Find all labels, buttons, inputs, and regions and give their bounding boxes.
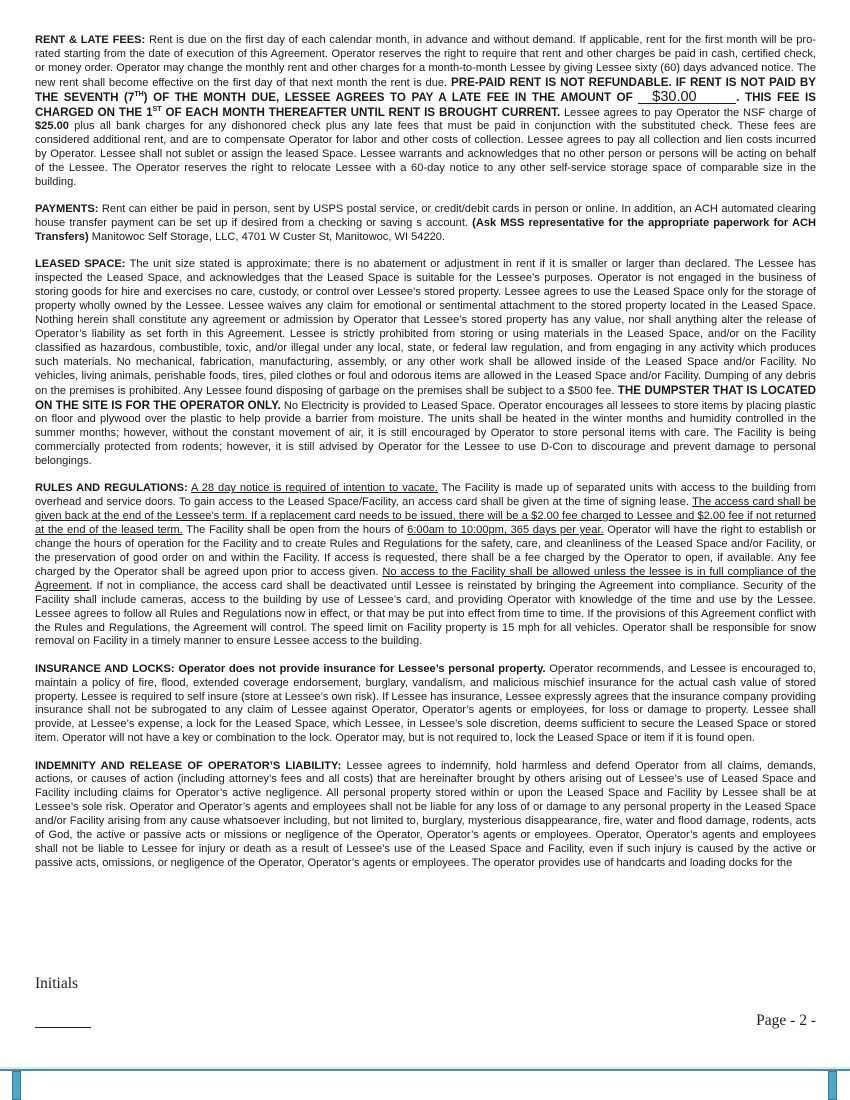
section-heading: INDEMNITY AND RELEASE OF OPERATOR’S LIAB… — [35, 760, 341, 772]
section-payments: PAYMENTS: Rent can either be paid in per… — [35, 203, 816, 245]
body-text: The Facility shall be open from the hour… — [183, 524, 407, 536]
body-text: The unit size stated is approximate; the… — [35, 258, 816, 396]
body-text: . If not in compliance, the access card … — [35, 580, 816, 648]
section-leased-space: LEASED SPACE: The unit size stated is ap… — [35, 258, 816, 469]
notice-text: OF EACH MONTH THEREAFTER UNTIL RENT IS B… — [161, 106, 560, 119]
section-heading: LEASED SPACE: — [35, 258, 125, 270]
body-text: Lessee agrees to indemnify, hold harmles… — [35, 760, 816, 869]
nsf-amount: $25.00 — [35, 120, 69, 132]
footer-left-tab — [12, 1071, 21, 1100]
initials-signature-line[interactable] — [35, 1027, 91, 1028]
superscript: TH — [134, 91, 143, 98]
initials-label: Initials — [35, 975, 78, 993]
page-number: Page - 2 - — [756, 1012, 816, 1030]
section-heading: RULES AND REGULATIONS: — [35, 482, 188, 494]
late-fee-amount-field: $30.00 — [638, 91, 736, 104]
document-page: RENT & LATE FEES: Rent is due on the fir… — [35, 34, 816, 884]
insurance-notice: Operator does not provide insurance for … — [175, 663, 546, 675]
address-text: Manitowoc Self Storage, LLC, 4701 W Cust… — [89, 231, 445, 243]
underlined-text: A 28 day notice is required of intention… — [191, 482, 438, 494]
section-rules-regulations: RULES AND REGULATIONS: A 28 day notice i… — [35, 482, 816, 649]
section-insurance-locks: INSURANCE AND LOCKS: Operator does not p… — [35, 663, 816, 746]
underlined-text: 6:00am to 10:00pm, 365 days per year. — [407, 524, 603, 536]
footer-right-tab — [828, 1071, 837, 1100]
footer-rule — [0, 1069, 850, 1071]
notice-text: ) OF THE MONTH DUE, LESSEE AGREES TO PAY… — [144, 91, 639, 104]
section-heading: PAYMENTS: — [35, 203, 99, 215]
section-heading: INSURANCE AND LOCKS: — [35, 663, 175, 675]
body-text: Lessee agrees to pay Operator the NSF ch… — [560, 107, 816, 119]
section-heading: RENT & LATE FEES: — [35, 34, 145, 46]
section-indemnity: INDEMNITY AND RELEASE OF OPERATOR’S LIAB… — [35, 760, 816, 871]
section-rent-late-fees: RENT & LATE FEES: Rent is due on the fir… — [35, 34, 816, 190]
body-text: plus all bank charges for any dishonored… — [35, 120, 816, 188]
